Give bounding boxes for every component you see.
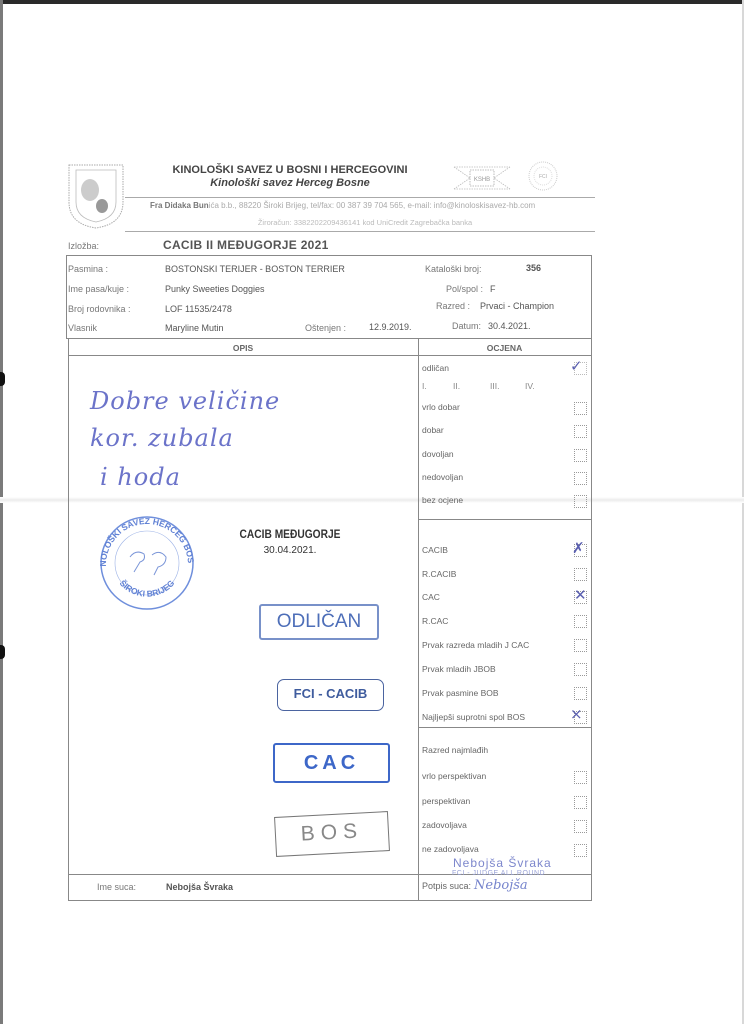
title-rcac: R.CAC bbox=[422, 616, 448, 626]
baby-very-promising: vrlo perspektivan bbox=[422, 771, 486, 781]
grade-insufficient: nedovoljan bbox=[422, 472, 463, 482]
svg-text:KSHB: KSHB bbox=[474, 177, 490, 183]
catalog-value: 356 bbox=[526, 263, 541, 273]
baby-promising: perspektivan bbox=[422, 796, 470, 806]
class-label: Razred : bbox=[436, 301, 470, 311]
info-box-top bbox=[66, 255, 592, 256]
baby-very-promising-checkbox[interactable] bbox=[574, 771, 587, 784]
class-value: Prvaci - Champion bbox=[480, 301, 554, 311]
judge-label: Ime suca: bbox=[97, 882, 136, 892]
svg-text:ŠIROKI BRIJEG: ŠIROKI BRIJEG bbox=[118, 577, 177, 598]
scan-edge-left bbox=[0, 0, 3, 1024]
baby-satisfactory-checkbox[interactable] bbox=[574, 820, 587, 833]
cac-stamp: CAC bbox=[273, 743, 390, 783]
judge-stamp-name: Nebojša Švraka bbox=[453, 856, 552, 870]
description-line: Dobre veličine bbox=[90, 387, 280, 415]
title-junior-cac: Prvak razreda mladih J CAC bbox=[422, 640, 529, 650]
title-bob: Prvak pasmine BOB bbox=[422, 688, 499, 698]
fold-shadow bbox=[0, 497, 744, 503]
fci-logo: KSHB bbox=[452, 163, 512, 193]
title-rcacib: R.CACIB bbox=[422, 569, 456, 579]
fci-cacib-stamp: FCI - CACIB bbox=[277, 679, 384, 711]
dog-name-value: Punky Sweeties Doggies bbox=[165, 284, 265, 294]
organization-bank: Žiroračun: 3382202209436141 kod UniCredi… bbox=[150, 218, 580, 227]
punch-hole bbox=[0, 645, 5, 659]
bos-stamp: BOS bbox=[274, 811, 390, 857]
catalog-label: Kataloški broj: bbox=[425, 264, 482, 274]
grade-very-good: vrlo dobar bbox=[422, 402, 460, 412]
round-seal-logo: FCI bbox=[527, 160, 559, 192]
svg-text:FCI: FCI bbox=[539, 174, 547, 180]
organization-title: KINOLOŠKI SAVEZ U BOSNI I HERCEGOVINI bbox=[140, 164, 440, 176]
x-mark-icon: ✗ bbox=[572, 541, 585, 556]
title-junior-cac-checkbox[interactable] bbox=[574, 639, 587, 652]
grade-very-good-checkbox[interactable] bbox=[574, 402, 587, 415]
section-divider bbox=[418, 727, 592, 728]
sex-value: F bbox=[490, 284, 496, 294]
punch-hole bbox=[0, 372, 5, 386]
club-round-stamp: KINOLOŠKI SAVEZ HERCEG BOSNE ŠIROKI BRIJ… bbox=[92, 515, 202, 610]
pedigree-value: LOF 11535/2478 bbox=[165, 304, 232, 314]
header-rule bbox=[125, 197, 595, 198]
description-header: OPIS bbox=[68, 343, 418, 353]
grade-stamp: ODLIČAN bbox=[259, 604, 379, 640]
placement-2: II. bbox=[453, 381, 460, 391]
footer-bottom bbox=[68, 900, 592, 901]
grade-good: dobar bbox=[422, 425, 444, 435]
round-stamp-bottom-text: ŠIROKI BRIJEG bbox=[118, 577, 177, 598]
grade-good-checkbox[interactable] bbox=[574, 425, 587, 438]
baby-unsatisfactory: ne zadovoljava bbox=[422, 844, 479, 854]
pedigree-label: Broj rodovnika : bbox=[68, 304, 131, 314]
show-stamp-date: 30.04.2021. bbox=[230, 545, 350, 556]
breed-value: BOSTONSKI TERIJER - BOSTON TERRIER bbox=[165, 264, 345, 274]
born-label: Oštenjen : bbox=[305, 323, 346, 333]
table-left bbox=[68, 338, 69, 901]
title-bob-checkbox[interactable] bbox=[574, 687, 587, 700]
description-line: i hoda bbox=[100, 463, 181, 491]
table-right bbox=[591, 338, 592, 901]
grade-no-grade: bez ocjene bbox=[422, 495, 463, 505]
x-mark-icon: ✕ bbox=[574, 588, 587, 603]
grade-sufficient: dovoljan bbox=[422, 449, 454, 459]
placement-3: III. bbox=[490, 381, 499, 391]
x-mark-icon: ⨯ bbox=[570, 707, 583, 722]
judge-stamp-role: FCI - JUDGE ALL ROUND bbox=[452, 870, 545, 877]
placement-4: IV. bbox=[525, 381, 535, 391]
born-value: 12.9.2019. bbox=[369, 322, 412, 332]
judge-value: Nebojša Švraka bbox=[166, 882, 233, 892]
judge-signature: Nebojša bbox=[474, 878, 528, 893]
ksh-crest-logo bbox=[66, 162, 126, 230]
owner-value: Maryline Mutin bbox=[165, 323, 224, 333]
show-title: CACIB II MEĐUGORJE 2021 bbox=[163, 238, 329, 252]
title-jbob: Prvak mladih JBOB bbox=[422, 664, 496, 674]
header-rule bbox=[125, 231, 595, 232]
baby-unsatisfactory-checkbox[interactable] bbox=[574, 844, 587, 857]
grade-no-grade-checkbox[interactable] bbox=[574, 495, 587, 508]
owner-label: Vlasnik bbox=[68, 323, 97, 333]
show-stamp-title: CACIB MEĐUGORJE bbox=[239, 527, 341, 541]
dog-name-label: Ime pasa/kuje : bbox=[68, 284, 129, 294]
table-top bbox=[66, 338, 592, 339]
title-cacib: CACIB bbox=[422, 545, 448, 555]
signature-label: Potpis suca: bbox=[422, 881, 471, 891]
info-box-left bbox=[66, 255, 67, 338]
organization-subtitle: Kinološki savez Herceg Bosne bbox=[140, 177, 440, 189]
title-rcac-checkbox[interactable] bbox=[574, 615, 587, 628]
grade-sufficient-checkbox[interactable] bbox=[574, 449, 587, 462]
grade-header: OCJENA bbox=[418, 343, 591, 353]
header-bottom bbox=[68, 355, 592, 356]
scan-edge-top bbox=[0, 0, 744, 4]
title-jbob-checkbox[interactable] bbox=[574, 663, 587, 676]
baby-promising-checkbox[interactable] bbox=[574, 796, 587, 809]
breed-label: Pasmina : bbox=[68, 264, 108, 274]
info-box-right bbox=[591, 255, 592, 338]
baby-satisfactory: zadovoljava bbox=[422, 820, 467, 830]
date-label: Datum: bbox=[452, 321, 481, 331]
show-label: Izložba: bbox=[68, 241, 99, 251]
title-bos: Najljepši suprotni spol BOS bbox=[422, 712, 525, 722]
checkmark-icon: ✓ bbox=[570, 359, 583, 374]
title-cac: CAC bbox=[422, 592, 440, 602]
column-divider bbox=[418, 338, 419, 874]
sex-label: Pol/spol : bbox=[446, 284, 483, 294]
grade-insufficient-checkbox[interactable] bbox=[574, 472, 587, 485]
grade-excellent: odličan bbox=[422, 363, 449, 373]
placement-1: I. bbox=[422, 381, 427, 391]
description-line: kor. zubala bbox=[90, 424, 234, 452]
date-value: 30.4.2021. bbox=[488, 321, 531, 331]
section-divider bbox=[418, 519, 592, 520]
footer-divider bbox=[418, 874, 419, 901]
baby-class-header: Razred najmlađih bbox=[422, 745, 488, 755]
organization-address: Fra Didaka Bunića b.b., 88220 Široki Bri… bbox=[150, 201, 580, 210]
title-rcacib-checkbox[interactable] bbox=[574, 568, 587, 581]
